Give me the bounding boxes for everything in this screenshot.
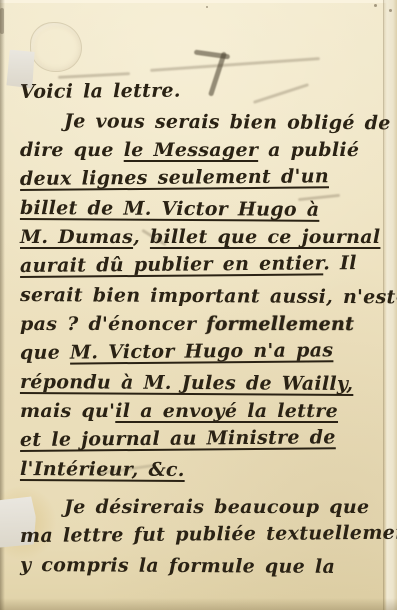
text-segment: . Il: [323, 252, 357, 274]
manuscript-line: Voici la lettre.: [20, 75, 397, 107]
text-segment: Je désirerais beaucoup que: [64, 496, 369, 518]
paper-bottom-shadow: [0, 598, 397, 610]
text-segment: que: [20, 342, 70, 364]
manuscript-line: et le journal au Ministre de: [20, 423, 397, 455]
text-segment: dire que: [20, 139, 124, 161]
text-segment: le Messager: [124, 139, 258, 161]
text-segment: M. Dumas: [20, 226, 133, 248]
text-segment: y compris la formule que la: [20, 554, 335, 578]
manuscript-line: billet de M. Victor Hugo à: [20, 194, 397, 225]
text-segment: M. Victor Hugo n'a pas: [70, 339, 334, 363]
manuscript-line: serait bien important aussi, n'est-ce: [20, 281, 397, 312]
manuscript-line: Je désirerais beaucoup que: [20, 493, 397, 522]
text-segment: serait bien important aussi, n'est-ce: [20, 284, 397, 308]
text-segment: répondu à M. Jules de Wailly,: [20, 371, 354, 395]
text-segment: ma lettre fut publiée textuellement: [20, 522, 397, 547]
text-segment: formellement: [206, 313, 354, 335]
text-segment: a publié: [258, 139, 359, 161]
manuscript-line: M. Dumas, billet que ce journal: [20, 223, 397, 252]
manuscript-line: mais qu'il a envoyé la lettre: [20, 397, 397, 426]
manuscript-lines: Voici la lettre.Je vous serais bien obli…: [0, 0, 397, 580]
text-segment: aurait dû publier en entier: [20, 252, 323, 277]
manuscript-line: y compris la formule que la: [20, 551, 397, 582]
manuscript-line: ma lettre fut publiée textuellement: [20, 519, 397, 551]
text-segment: et le journal au Ministre de: [20, 426, 336, 451]
manuscript-line: Je vous serais bien obligé de: [20, 107, 397, 138]
text-segment: mais qu': [20, 400, 115, 422]
letter-page: Voici la lettre.Je vous serais bien obli…: [0, 0, 397, 610]
text-segment: billet que ce journal: [150, 226, 381, 248]
text-segment: pas ? d'énoncer: [20, 313, 206, 335]
text-segment: ,: [133, 226, 150, 248]
text-segment: billet de M. Victor Hugo à: [20, 197, 320, 221]
text-segment: Je vous serais bien obligé de: [64, 110, 391, 134]
manuscript-line: l'Intérieur, &c.: [20, 455, 397, 486]
manuscript-line: dire que le Messager a publié: [20, 136, 397, 165]
manuscript-line: que M. Victor Hugo n'a pas: [20, 336, 397, 368]
text-segment: Voici la lettre.: [20, 80, 181, 103]
manuscript-line: deux lignes seulement d'un: [20, 162, 397, 194]
text-segment: il a envoyé la lettre: [115, 400, 338, 422]
manuscript-line: pas ? d'énoncer formellement: [20, 310, 397, 339]
manuscript-line: répondu à M. Jules de Wailly,: [20, 368, 397, 399]
manuscript-line: aurait dû publier en entier. Il: [20, 249, 397, 281]
text-segment: deux lignes seulement d'un: [20, 165, 329, 190]
text-segment: l'Intérieur, &c.: [20, 458, 185, 481]
